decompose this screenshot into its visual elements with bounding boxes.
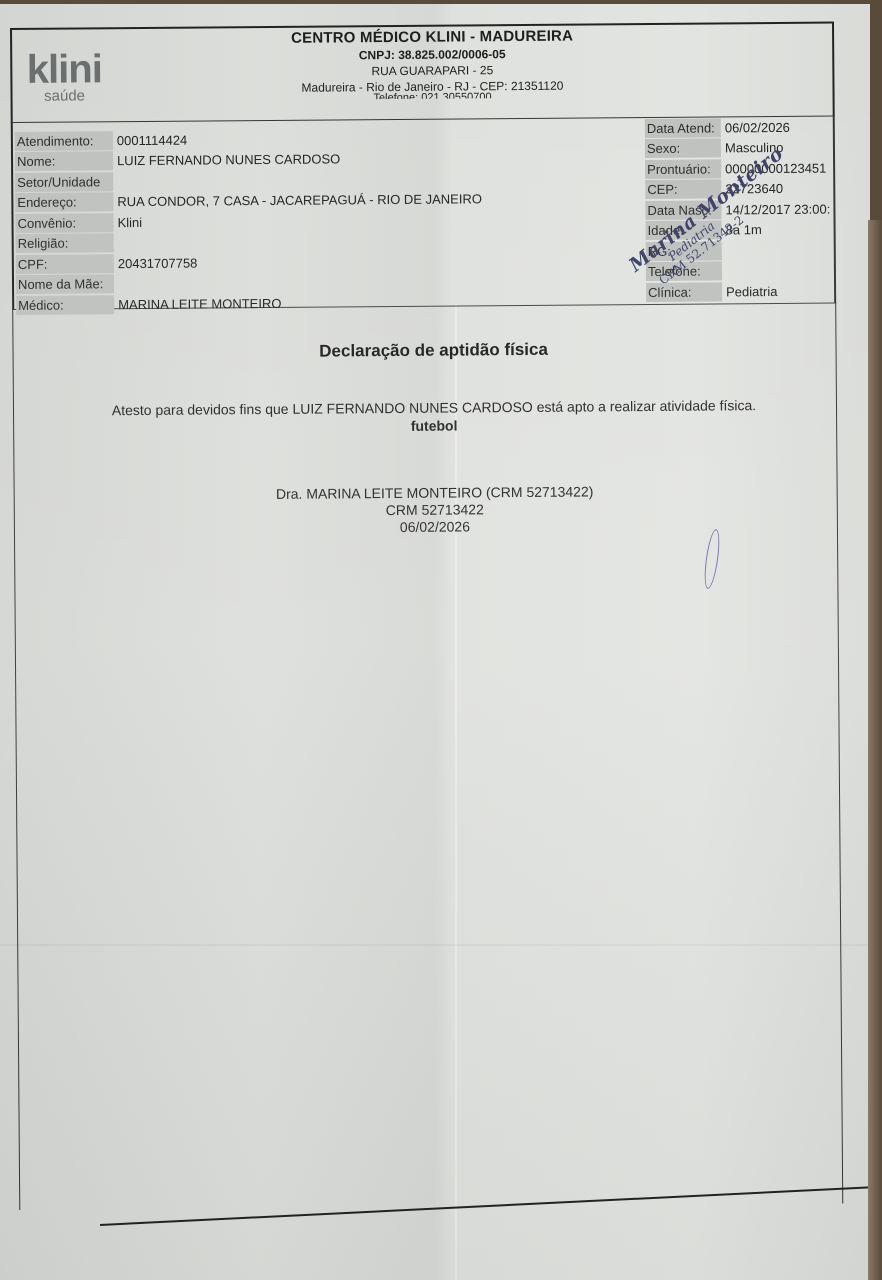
clinic-name: CENTRO MÉDICO KLINI - MADUREIRA — [282, 28, 582, 47]
patient-field-row: Data Atend:06/02/2026 — [645, 117, 830, 139]
patient-field-row: Sexo:Masculino — [645, 137, 830, 159]
field-label: Endereço: — [15, 192, 113, 212]
field-label: Setor/Unidade — [15, 172, 113, 192]
field-label: Religião: — [16, 233, 114, 253]
clinic-header: klini saúde CENTRO MÉDICO KLINI - MADURE… — [10, 22, 835, 123]
field-label: CPF: — [16, 254, 114, 274]
field-label: Atendimento: — [15, 131, 113, 151]
declaration-body: Declaração de aptidão física Atesto para… — [12, 304, 843, 1210]
patient-field-row: Clínica:Pediatria — [646, 281, 831, 303]
clinic-info: CENTRO MÉDICO KLINI - MADUREIRA CNPJ: 38… — [282, 26, 583, 100]
declaration-text: Atesto para devidos fins que LUIZ FERNAN… — [14, 395, 854, 438]
clinic-street: RUA GUARAPARI - 25 — [282, 63, 582, 79]
field-value: 20431707758 — [118, 255, 198, 271]
background-edge — [868, 220, 882, 1280]
field-value: 0001114424 — [117, 132, 187, 148]
field-value: RUA CONDOR, 7 CASA - JACAREPAGUÁ - RIO D… — [117, 192, 482, 210]
field-label: Sexo: — [645, 139, 721, 159]
logo-brand: klini — [18, 49, 110, 90]
field-label: Prontuário: — [645, 159, 721, 179]
field-value: Pediatria — [726, 284, 777, 299]
patient-info-left: Atendimento:0001114424Nome:LUIZ FERNANDO… — [15, 127, 483, 315]
clinic-cnpj: CNPJ: 38.825.002/0006-05 — [282, 47, 582, 63]
field-label: Data Atend: — [645, 118, 721, 138]
document-paper: klini saúde CENTRO MÉDICO KLINI - MADURE… — [0, 4, 870, 1280]
field-value: 06/02/2026 — [725, 120, 790, 136]
declaration-title: Declaração de aptidão física — [13, 337, 853, 364]
field-value: Klini — [117, 215, 142, 230]
field-label: Nome: — [15, 151, 113, 171]
klini-logo: klini saúde — [18, 49, 110, 105]
field-label: Nome da Mãe: — [16, 274, 114, 294]
field-label: Convênio: — [15, 213, 113, 233]
signature-block: Dra. MARINA LEITE MONTEIRO (CRM 52713422… — [15, 481, 855, 539]
field-value: LUIZ FERNANDO NUNES CARDOSO — [117, 152, 340, 169]
